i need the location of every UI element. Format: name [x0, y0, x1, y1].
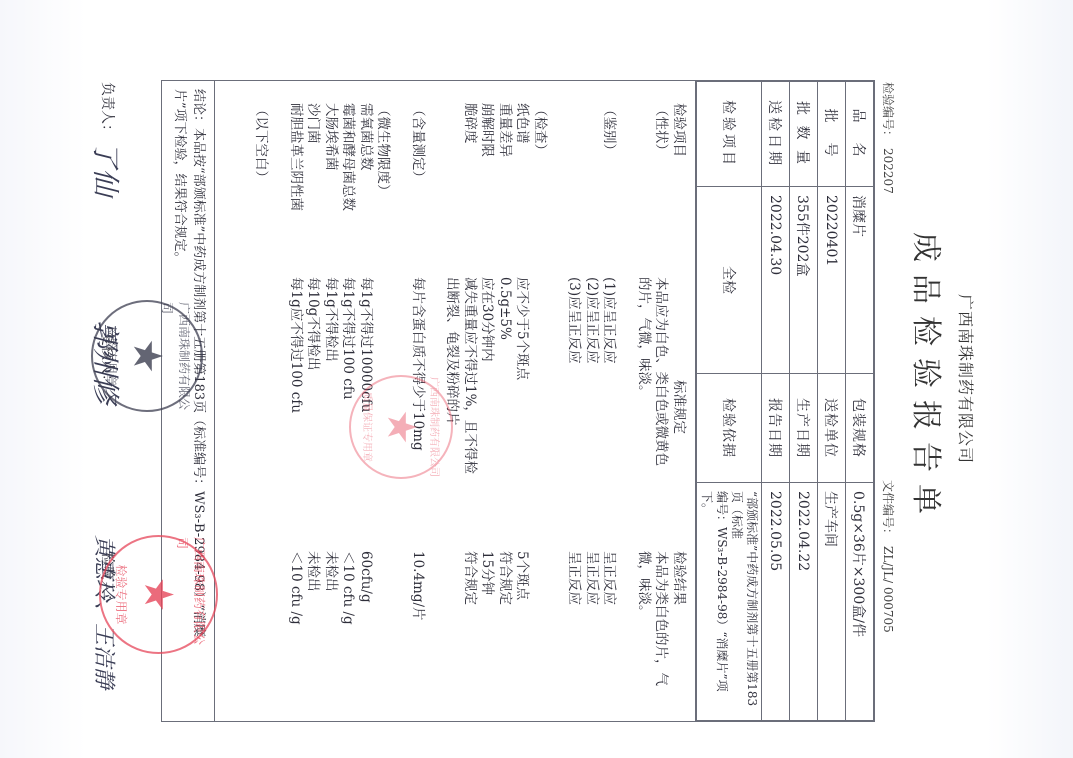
scanned-document: 广西南珠制药有限公司 成品检验报告单 检验编号：202207 文件编号：ZL/J… [0, 0, 1073, 758]
item-header: 检验项目 [670, 103, 688, 303]
result-text: 5个斑点 [513, 551, 531, 716]
file-number: 文件编号：ZL/JL/ 000705 [880, 480, 897, 639]
section-title: （检查） [531, 103, 549, 303]
submit-date-label: 送检日期 [762, 82, 790, 187]
submitting-unit-label: 送检单位 [818, 374, 846, 483]
basis: “部颁标准”中药成方制剂第十五册第183页（标准 编号：WS₃-B-2984-9… [697, 483, 762, 721]
result-text: 未检出 [304, 551, 322, 716]
result-text: 符合规定 [461, 551, 479, 716]
inspection-number: 检验编号：202207 [880, 82, 897, 200]
standard-text: 0.5g±5% [496, 277, 514, 537]
standard-text: 减失重量应不得过1%，且不得检 [461, 277, 479, 537]
basis-label: 检验依据 [697, 374, 762, 483]
batch-no-label: 批 号 [818, 82, 846, 187]
result-text: 符合规定 [496, 551, 514, 716]
spacer [443, 103, 461, 303]
result-text: ＜10 cfu /g [287, 551, 305, 716]
result-header: 检验结果 [670, 551, 688, 716]
section-title: （微生物限度） [374, 103, 392, 303]
quantity: 355件202盒 [790, 187, 818, 374]
submitting-unit: 生产车间 [818, 483, 846, 721]
result-text [443, 551, 461, 716]
report-date: 2022.05.05 [762, 483, 790, 721]
standards-list: 本品应为白色、类白色或微黄色的片，气微，味淡。(1)应呈正反应(2)应呈正反应(… [287, 277, 670, 537]
standard-text: (2)应呈正反应 [583, 277, 601, 537]
qa-stamp-bottom: ★ 广西南珠制药有限公司 检验专用章 [99, 535, 218, 654]
product-name-label: 品 名 [846, 82, 874, 187]
standard-text: (3)应呈正反应 [565, 277, 583, 537]
star-icon: ★ [381, 409, 421, 445]
batch-no: 20220401 [818, 187, 846, 374]
responsible-signature: 了仙 [87, 140, 127, 196]
packaging-label: 包装规格 [846, 374, 874, 483]
result-text: 呈正反应 [600, 551, 618, 716]
blank-note: （以下空白） [252, 103, 270, 303]
standard-column: 标准规定 本品应为白色、类白色或微黄色的片，气微，味淡。(1)应呈正反应(2)应… [287, 277, 688, 537]
section-title: （鉴别） [600, 103, 618, 303]
standard-text: 每10g不得检出 [304, 277, 322, 537]
result-text: 10.4mg/片 [409, 551, 427, 716]
production-date: 2022.04.22 [790, 483, 818, 721]
items-list: （性状） （鉴别） （检查）纸色谱重量差异崩解时限脆碎度 （含量测定）（微生物限… [252, 103, 670, 303]
inspection-item: 沙门菌 [304, 103, 322, 303]
standard-header: 标准规定 [670, 277, 688, 537]
product-name: 消糜片 [846, 187, 874, 374]
standard-text: 每1g不得检出 [322, 277, 340, 537]
standard-text: 应不少于5个斑点 [513, 277, 531, 537]
spacer [565, 103, 583, 303]
standard-text: 应在30分钟内 [478, 277, 496, 537]
inspection-items-label: 检验项目 [697, 82, 762, 187]
inspection-item: 崩解时限 [478, 103, 496, 303]
inspection-item: 脆碎度 [461, 103, 479, 303]
result-text: ＜10 cfu /g [339, 551, 357, 716]
info-table: 品 名 消糜片 包装规格 0.5g×36片×300盒/件 批 号 2022040… [696, 81, 874, 721]
results-area: 检验项目 （性状） （鉴别） （检查）纸色谱重量差异崩解时限脆碎度 （含量测定）… [215, 81, 696, 721]
inspection-item: 霉菌和酵母菌总数 [339, 103, 357, 303]
result-text: 呈正反应 [565, 551, 583, 716]
report-page: 广西南珠制药有限公司 成品检验报告单 检验编号：202207 文件编号：ZL/J… [0, 0, 1073, 758]
standard-text: 本品应为白色、类白色或微黄色 [652, 277, 670, 537]
results-list: 本品为类白色的片，气微，味淡。呈正反应呈正反应呈正反应 5个斑点符合规定15分钟… [287, 551, 670, 716]
qa-stamp-top: ★ 广西南珠制药有限公司 质量保证专用章 [349, 375, 453, 479]
spacer [531, 551, 549, 716]
star-icon: ★ [139, 577, 179, 613]
quantity-label: 批 数 量 [790, 82, 818, 187]
result-text: 微，味淡。 [635, 551, 653, 716]
inspection-item: 需氧菌总数 [357, 103, 375, 303]
inspection-item: 耐胆盐革兰阴性菌 [287, 103, 305, 303]
inspection-stamp: ★ 广西南珠制药有限公司 检验专用章 [91, 300, 203, 412]
result-text: 本品为类白色的片，气 [652, 551, 670, 716]
standard-text: 每1g应不得过100 cfu [287, 277, 305, 537]
conclusion-label: 结论： [191, 89, 206, 128]
report-sheet: 品 名 消糜片 包装规格 0.5g×36片×300盒/件 批 号 2022040… [161, 80, 875, 722]
spacer [583, 103, 601, 303]
company-name: 广西南珠制药有限公司 [955, 0, 978, 758]
result-column: 检验结果 本品为类白色的片，气微，味淡。呈正反应呈正反应呈正反应 5个斑点符合规… [287, 551, 688, 716]
packaging: 0.5g×36片×300盒/件 [846, 483, 874, 721]
production-date-label: 生产日期 [790, 374, 818, 483]
responsible-label: 负责人： [98, 82, 118, 138]
result-text: 60cfu/g [357, 551, 375, 716]
result-text: 15分钟 [478, 551, 496, 716]
section-title: （性状） [652, 103, 670, 303]
result-text: 呈正反应 [583, 551, 601, 716]
spacer [635, 103, 653, 303]
section-title: （含量测定） [409, 103, 427, 303]
inspection-item: 纸色谱 [513, 103, 531, 303]
result-text: 未检出 [322, 551, 340, 716]
submit-date: 2022.04.30 [762, 187, 790, 374]
standard-text: 的片，气微，味淡。 [635, 277, 653, 537]
report-date-label: 报告日期 [762, 374, 790, 483]
inspection-item: 大肠埃希菌 [322, 103, 340, 303]
inspection-item: 重量差异 [496, 103, 514, 303]
item-column: 检验项目 （性状） （鉴别） （检查）纸色谱重量差异崩解时限脆碎度 （含量测定）… [252, 103, 687, 303]
inspection-items: 全检 [697, 187, 762, 374]
report-title: 成品检验报告单 [907, 0, 951, 758]
spacer [531, 277, 549, 537]
spacer [374, 551, 392, 716]
standard-text: (1)应呈正反应 [600, 277, 618, 537]
